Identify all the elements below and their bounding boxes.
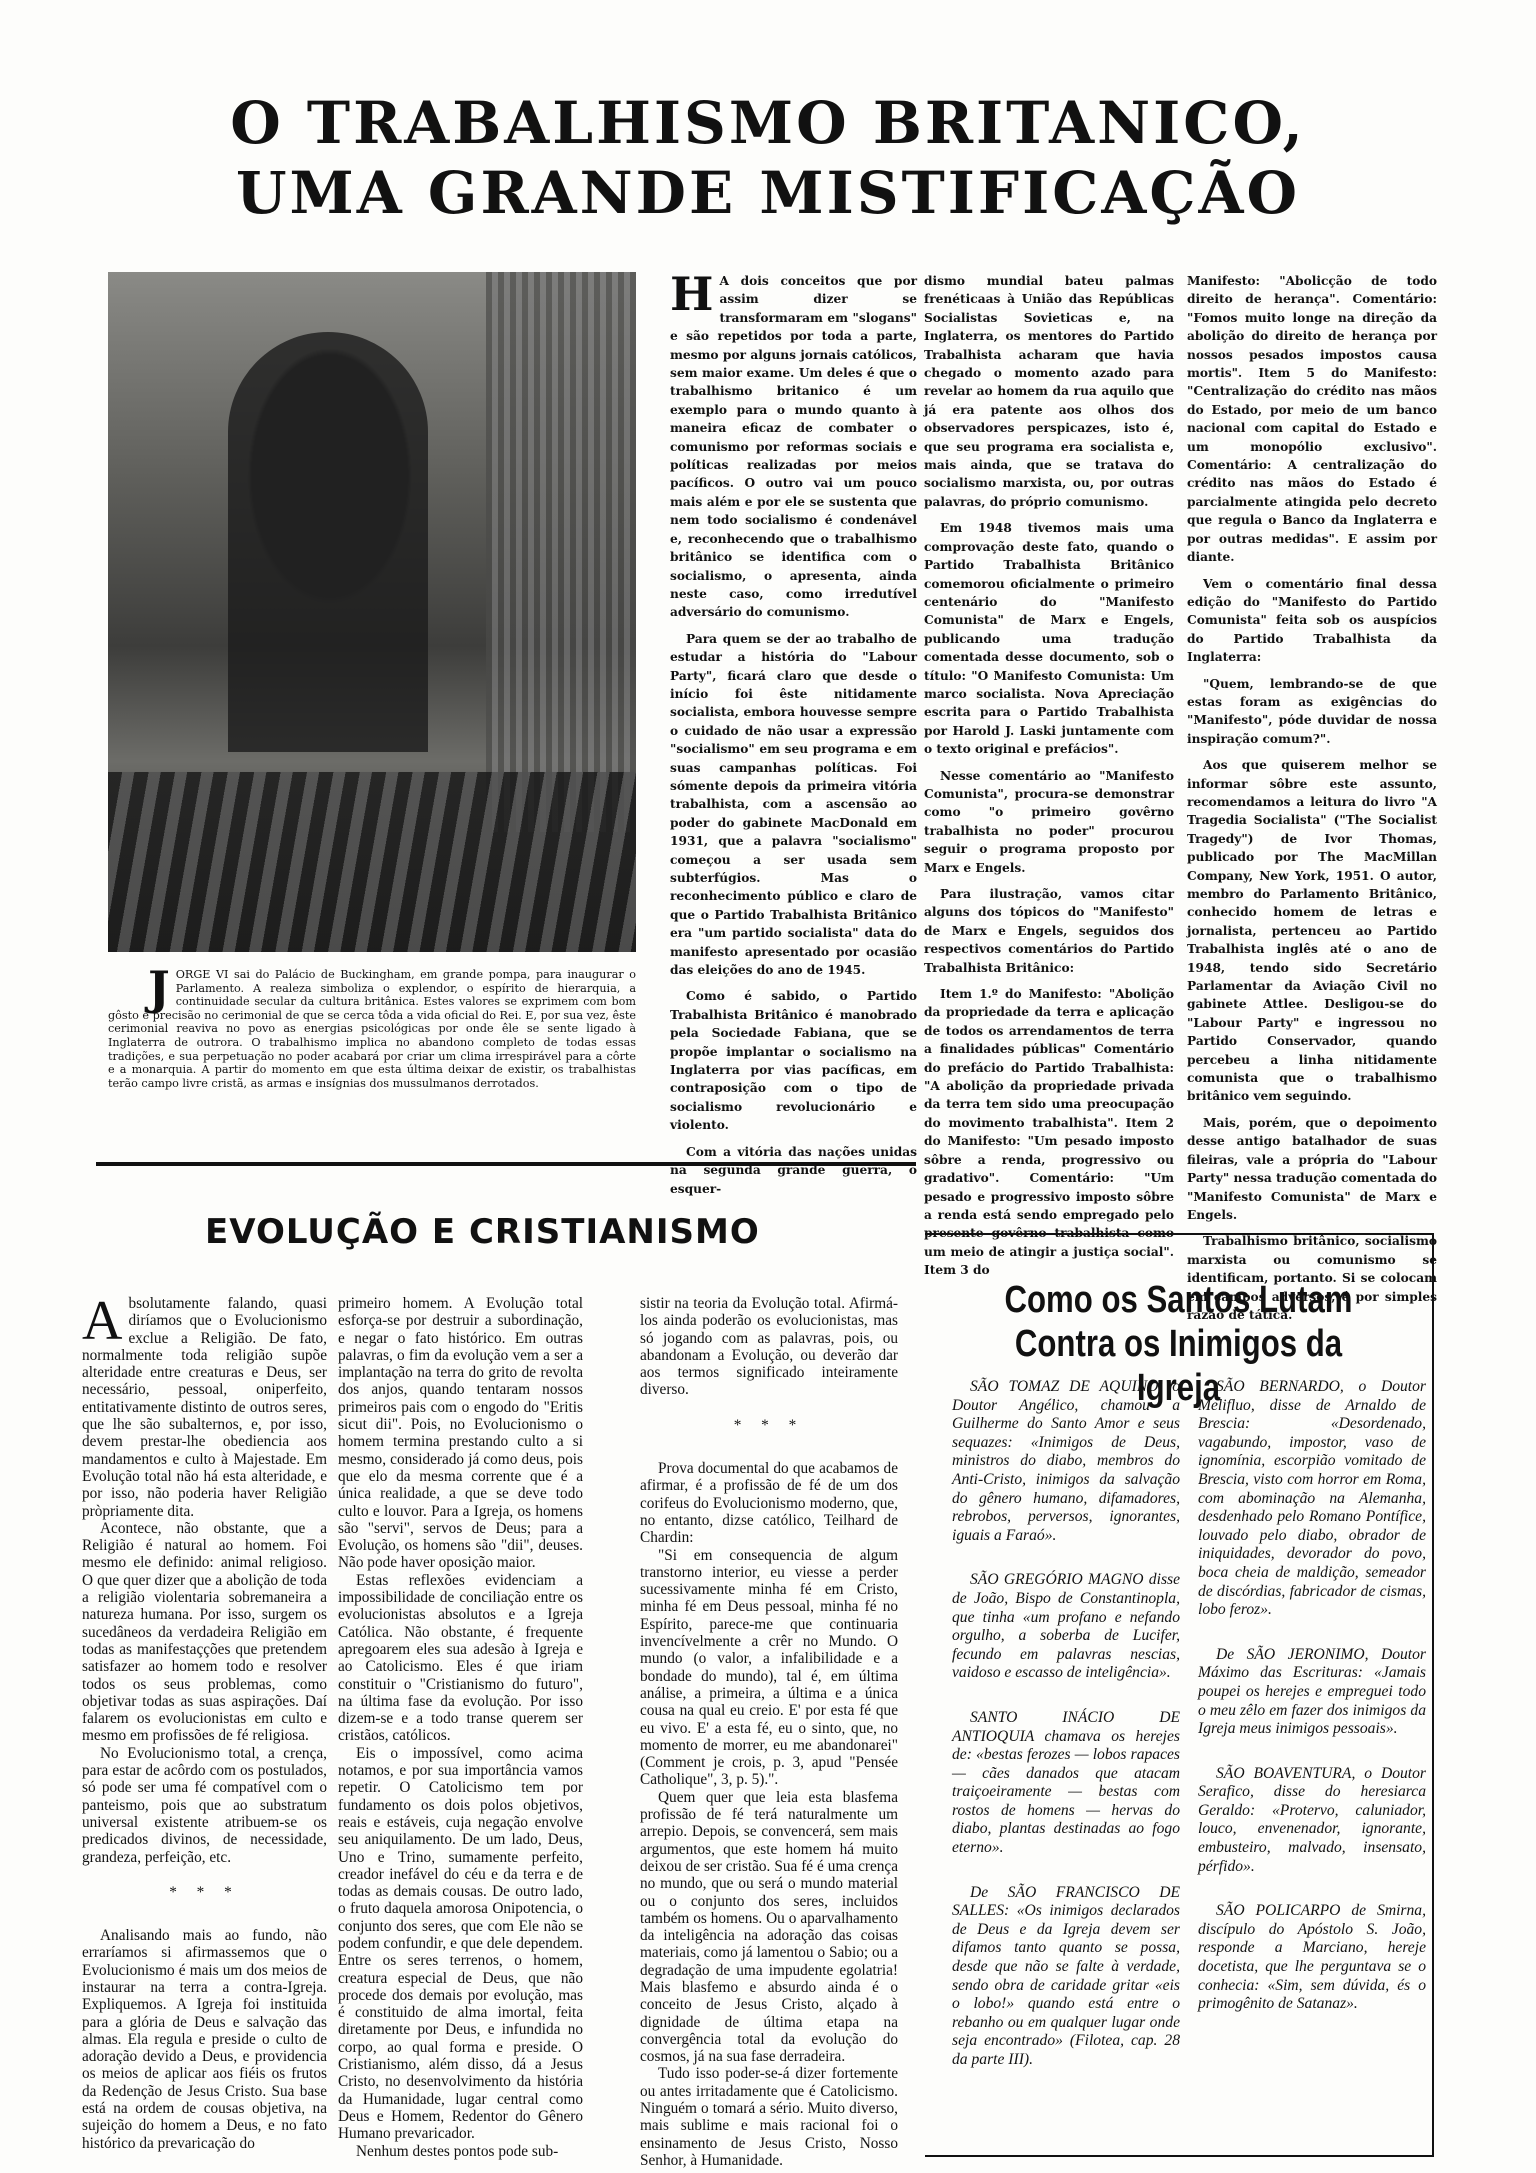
headline-line-2: UMA GRANDE MISTIFICAÇÃO: [0, 158, 1536, 228]
article1-paragraph: Em 1948 tivemos mais uma comprovação des…: [924, 519, 1174, 758]
photo-crowd: [108, 772, 636, 952]
article2-paragraph: primeiro homem. A Evolução total esforça…: [338, 1295, 583, 1572]
article2-paragraph: Prova documental do que acabamos de afir…: [640, 1460, 898, 1546]
saint-quote: SÃO BOAVENTURA, o Doutor Serafico, disse…: [1198, 1765, 1426, 1877]
article1-paragraph: Nesse comentário ao "Manifesto Comunista…: [924, 767, 1174, 877]
article1-paragraph: Com a vitória das nações unidas na segun…: [670, 1143, 917, 1198]
article1-paragraph: "Quem, lembrando-se de que estas foram a…: [1187, 675, 1437, 749]
box-title-line-1: Como os Santos Lutam: [971, 1278, 1387, 1322]
article1-dropcap: H: [670, 274, 713, 314]
section-separator-stars: * * *: [640, 1417, 898, 1434]
article2-column-1: Absolutamente falando, quasi diríamos qu…: [82, 1295, 327, 2152]
article2-paragraph: Tudo isso poder-se-á dizer fortemente ou…: [640, 2065, 898, 2169]
section-divider: [96, 1162, 916, 1166]
saint-quote: SÃO POLICARPO de Smirna, discípulo do Ap…: [1198, 1902, 1426, 2014]
saint-quote: SÃO BERNARDO, o Doutor Melifluo, disse d…: [1198, 1378, 1426, 1620]
article2-paragraph: "Si em consequencia de algum transtorno …: [640, 1547, 898, 1789]
saints-column-left: SÃO TOMAZ DE AQUINO, o Doutor Angélico, …: [952, 1378, 1180, 2096]
article2-paragraph: Analisando mais ao fundo, não erraríamos…: [82, 1927, 327, 2152]
article1-paragraph: Para quem se der ao trabalho de estudar …: [670, 630, 917, 980]
saint-quote: SANTO INÁCIO DE ANTIOQUIA chamava os her…: [952, 1709, 1180, 1858]
section-separator-stars: * * *: [82, 1884, 327, 1901]
article2-paragraph: Nenhum destes pontos pode sub-: [338, 2143, 583, 2160]
article1-paragraph: dismo mundial bateu palmas frenéticaas à…: [924, 272, 1174, 511]
article2-column-3: sistir na teoria da Evolução total. Afir…: [640, 1295, 898, 2169]
article2-paragraph: No Evolucionismo total, a crença, para e…: [82, 1745, 327, 1866]
article1-column-3: Manifesto: "Abolicção de todo direito de…: [1187, 272, 1437, 1332]
caption-text: ORGE VI sai do Palácio de Buckingham, em…: [108, 968, 636, 1090]
saint-quote: De SÃO JERONIMO, Doutor Máximo das Escri…: [1198, 1646, 1426, 1739]
article1-paragraph: Como é sabido, o Partido Trabalhista Bri…: [670, 987, 917, 1134]
headline-line-1: O TRABALHISMO BRITANICO,: [0, 88, 1536, 158]
article2-dropcap: A: [82, 1297, 122, 1345]
photo-tower: [486, 272, 636, 832]
article1-column-1: HA dois conceitos que por assim dizer se…: [670, 272, 917, 1206]
article1-column-2: dismo mundial bateu palmas frenéticaas à…: [924, 272, 1174, 1288]
article1-paragraph: Manifesto: "Abolicção de todo direito de…: [1187, 272, 1437, 567]
article2-paragraph: Eis o impossível, como acima notamos, e …: [338, 1745, 583, 2143]
article2-paragraph: Acontece, não obstante, que a Religião é…: [82, 1520, 327, 1745]
saints-column-right: SÃO BERNARDO, o Doutor Melifluo, disse d…: [1198, 1378, 1426, 2040]
caption-dropcap: J: [148, 968, 170, 1008]
article1-paragraph: Aos que quiserem melhor se informar sôbr…: [1187, 756, 1437, 1106]
article1-paragraph: Vem o comentário final dessa edição do "…: [1187, 575, 1437, 667]
photo-arch: [228, 332, 428, 752]
article2-column-2: primeiro homem. A Evolução total esforça…: [338, 1295, 583, 2160]
article2-paragraph: Quem quer que leia esta blasfema profiss…: [640, 1789, 898, 2066]
news-photo: [108, 272, 636, 952]
saint-quote: SÃO GREGÓRIO MAGNO disse de João, Bispo …: [952, 1571, 1180, 1683]
article2-paragraph: Absolutamente falando, quasi diríamos qu…: [82, 1295, 327, 1520]
article1-paragraph: HA dois conceitos que por assim dizer se…: [670, 272, 917, 622]
photo-caption: J ORGE VI sai do Palácio de Buckingham, …: [108, 968, 636, 1090]
article1-paragraph: Para ilustração, vamos citar alguns dos …: [924, 885, 1174, 977]
paragraph-text: A dois conceitos que por assim dizer se …: [670, 274, 917, 619]
article2-paragraph: sistir na teoria da Evolução total. Afir…: [640, 1295, 898, 1399]
main-headline: O TRABALHISMO BRITANICO, UMA GRANDE MIST…: [0, 88, 1536, 228]
saint-quote: SÃO TOMAZ DE AQUINO, o Doutor Angélico, …: [952, 1378, 1180, 1545]
article2-paragraph: Estas reflexões evidenciam a impossibili…: [338, 1572, 583, 1745]
saint-quote: De SÃO FRANCISCO DE SALLES: «Os inimigos…: [952, 1884, 1180, 2070]
section-title: EVOLUÇÃO E CRISTIANISMO: [205, 1212, 760, 1252]
article1-paragraph: Mais, porém, que o depoimento desse anti…: [1187, 1114, 1437, 1224]
